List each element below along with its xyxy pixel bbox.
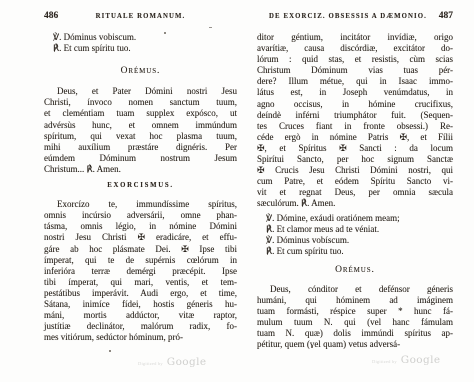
text-line: mes vitiórum, sedúctor hóminum, pró- [44, 332, 237, 343]
text-line: eúmdem Dóminum nostrum Jesum [44, 153, 237, 164]
paragraph-block: Exorcízo te, immundíssime spíritus,omnis… [44, 199, 237, 343]
text-line: agno occisus, in hómine crucifixus, [257, 99, 453, 110]
book-scan: { "document": { "left_page": { "page_num… [0, 0, 474, 382]
text-line: humáni, qui hóminem ad imáginem [257, 295, 453, 306]
ink-speck [109, 350, 111, 352]
text-line: advérsùs hunc, et omnem immúndum [44, 120, 237, 131]
watermark-prefix: Digitized by [372, 359, 397, 364]
text-line: avarítiæ, causa discórdiæ, excitátor do- [257, 43, 453, 54]
text-line: et cleméntiam tuam supplex expósco, ut [44, 108, 237, 119]
text-line: látus est, in Joseph venúmdatus, in [257, 87, 453, 98]
text-line: tuam formásti, réspice super * hunc fá- [257, 306, 453, 317]
text-line: spíritum, qui vexat hoc plasma tuum, [44, 131, 237, 142]
text-line: tuam N. quæ) dolis immúndi spíritus ap- [257, 328, 453, 339]
google-logo: Google [401, 354, 441, 366]
versicle-block: ℣. Dóminus vobiscum.℟. Et cum spíritu tu… [44, 32, 237, 54]
right-running-head: DE EXORCIZ. OBSESSIS A DÆMONIO. 487 [257, 13, 453, 24]
text-line: ditor géntium, incitátor invídiæ, origo [257, 32, 453, 43]
text-line: vit et regnat Deus, per omnia sæcula [257, 187, 453, 198]
right-page-body: ditor géntium, incitátor invídiæ, origoa… [257, 32, 453, 351]
text-line: inferióra terræ demérgi præcépit. Ipse [44, 266, 237, 277]
paragraph-block: Deus, cónditor et defénsor génerishumáni… [257, 284, 453, 351]
left-running-title: RITUALE ROMANUM. [44, 13, 237, 20]
text-line: gáre ab hoc plásmate Dei. ✠ Ipse tibi [44, 244, 237, 255]
text-line: mulum tuum N. qui (vel hanc fámulam [257, 317, 453, 328]
paragraph-block: Deus, et Pater Dómini nostri JesuChristi… [44, 86, 237, 175]
left-page: 486 RITUALE ROMANUM. ℣. Dóminus vobiscum… [44, 13, 237, 343]
right-page-number: 487 [439, 11, 453, 21]
ink-speck [209, 27, 212, 28]
text-line: deíndè inférni triumphátor fuit. (Sequen… [257, 110, 453, 121]
text-line: ℟. Et cum spíritu tuo. [257, 246, 453, 257]
text-line: ℟. Et clamor meus ad te véniat. [257, 224, 453, 235]
text-line: máni, mortis addúctor, vitæ raptor, [44, 310, 237, 321]
text-line: pétitur, quem (vel quam) vetus adversá- [257, 339, 453, 350]
section-heading: EXORCISMUS. [44, 180, 237, 191]
left-page-body: ℣. Dóminus vobiscum.℟. Et cum spíritu tu… [44, 32, 237, 343]
google-watermark-left: Digitized by Google [138, 352, 207, 370]
text-line: Christi, ínvoco nomen sanctum tuum, [44, 97, 237, 108]
paragraph-block: ditor géntium, incitátor invídiæ, origoa… [257, 32, 453, 210]
ink-speck [311, 346, 313, 348]
text-line: dere? Illum métue, qui in Isaac immo- [257, 76, 453, 87]
text-line: ✠ Crucis Jesu Christi Dómini nostri, qui [257, 165, 453, 176]
text-line: tásma, omnis légio, in nómine Dómini [44, 221, 237, 232]
text-line: ímperat, qui te de supérnis cœlórum in [44, 255, 237, 266]
versicle-block: ℣. Dómine, exáudi oratiónem meam;℟. Et c… [257, 213, 453, 257]
left-running-head: 486 RITUALE ROMANUM. [44, 13, 237, 24]
text-line: céde ergò in nómine Patris ✠, et Fílii [257, 132, 453, 143]
watermark-prefix: Digitized by [138, 361, 163, 366]
text-line: Deus, cónditor et defénsor géneris [257, 284, 453, 295]
text-line: ℣. Dóminus vobíscum. [257, 235, 453, 246]
text-line: ✠, et Spíritus ✠ Sancti : da locum [257, 143, 453, 154]
text-line: Sátana, inimíce fídei, hostis géneris hu… [44, 299, 237, 310]
text-line: tes Cruces fiant in fronte obsessi.) Re- [257, 121, 453, 132]
text-line: tibi ímperat, qui mari, ventis, et tem- [44, 277, 237, 288]
text-line: Deus, et Pater Dómini nostri Jesu [44, 86, 237, 97]
text-line: ℣. Dómine, exáudi oratiónem meam; [257, 213, 453, 224]
text-line: mihi auxílium præstáre dignéris. Per [44, 142, 237, 153]
text-line: omnis incúrsio adversárii, omne phan- [44, 210, 237, 221]
text-line: ℣. Dóminus vobiscum. [44, 32, 237, 43]
text-line: nostri Jesu Christi ✠ eradicáre, et effu… [44, 232, 237, 243]
ink-speck [164, 32, 166, 34]
text-line: Exorcízo te, immundíssime spíritus, [44, 199, 237, 210]
text-line: lórum : quid stas, et resistis, cùm scia… [257, 54, 453, 65]
right-running-title: DE EXORCIZ. OBSESSIS A DÆMONIO. [257, 13, 453, 20]
text-line: Christum Dóminum vias tuas pér- [257, 65, 453, 76]
text-line: Christum... ℟. Amen. [44, 164, 237, 175]
google-logo: Google [167, 356, 207, 368]
left-page-number: 486 [44, 11, 58, 21]
google-watermark-right: Digitized by Google [372, 350, 441, 368]
text-line: justítiæ declinátor, malórum radix, fo- [44, 321, 237, 332]
section-heading: Orémus. [257, 265, 453, 276]
text-line: ℟. Et cum spíritu tuo. [44, 43, 237, 54]
text-line: pestátibus imperávit. Audi ergo, et time… [44, 288, 237, 299]
text-line: sæculórum. ℟. Amen. [257, 198, 453, 209]
section-heading: Orémus. [44, 66, 237, 77]
text-line: cum Patre, et eódem Spíritu Sancto vi- [257, 176, 453, 187]
right-page: DE EXORCIZ. OBSESSIS A DÆMONIO. 487 dito… [257, 13, 453, 351]
text-line: Spirítui Sancto, per hoc signum Sanctæ [257, 154, 453, 165]
